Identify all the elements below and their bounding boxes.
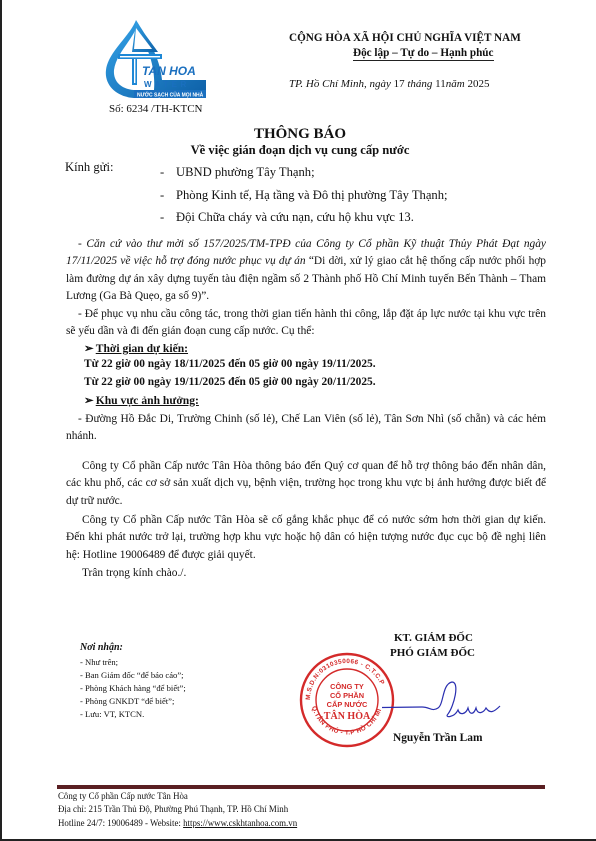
svg-text:CỔ PHẦN: CỔ PHẦN (330, 690, 364, 700)
svg-text:WATER: WATER (144, 80, 190, 89)
national-title: CỘNG HÒA XÃ HỘI CHỦ NGHĨA VIỆT NAM (289, 32, 521, 44)
affected-area-heading: ➢Khu vực ảnh hưởng: (84, 393, 199, 407)
schedule-heading: ➢Thời gian dự kiến: (84, 341, 188, 355)
distribution-label: Nơi nhận: (80, 642, 123, 653)
paragraph-inform: Công ty Cổ phần Cấp nước Tân Hòa thông b… (66, 458, 546, 510)
notice-title: THÔNG BÁO (2, 126, 596, 143)
recipients-label: Kính gửi: (65, 160, 113, 175)
signer-on-behalf: KT. GIÁM ĐỐC (394, 632, 473, 644)
svg-text:CẤP NƯỚC: CẤP NƯỚC (327, 699, 368, 709)
document-number: Số: 6234 /TH-KTCN (109, 103, 203, 115)
arrow-bullet-icon: ➢ (84, 341, 94, 355)
distribution-item: - Phòng Khách hàng “để biết”; (80, 682, 186, 695)
svg-text:NƯỚC SẠCH CỦA MỌI NHÀ: NƯỚC SẠCH CỦA MỌI NHÀ (137, 91, 204, 99)
schedule-item: Từ 22 giờ 00 ngày 18/11/2025 đến 05 giờ … (84, 358, 376, 370)
schedule-item: Từ 22 giờ 00 ngày 19/11/2025 đến 05 giờ … (84, 376, 376, 388)
company-logo: TAN HOA WATER NƯỚC SẠCH CỦA MỌI NHÀ (102, 16, 210, 102)
water-drop-logo-icon: TAN HOA WATER NƯỚC SẠCH CỦA MỌI NHÀ (102, 16, 210, 102)
website-link[interactable]: https://www.cskhtanhoa.com.vn (183, 818, 297, 828)
svg-text:TAN HOA: TAN HOA (142, 64, 196, 78)
document-page: TAN HOA WATER NƯỚC SẠCH CỦA MỌI NHÀ Số: … (0, 0, 596, 841)
footer-divider (57, 785, 545, 789)
distribution-item: - Ban Giám đốc “để báo cáo”; (80, 669, 186, 682)
notice-subject: Về việc gián đoạn dịch vụ cung cấp nước (2, 143, 596, 158)
distribution-item: - Phòng GNKDT “để biết”; (80, 695, 186, 708)
issue-date: TP. Hồ Chí Minh, ngày 17 tháng 11năm 202… (289, 78, 489, 90)
footer-contact: Hotline 24/7: 19006489 - Website: https:… (58, 817, 297, 830)
paragraph-basis: - Căn cứ vào thư mời số 157/2025/TM-TPĐ … (66, 236, 546, 306)
signer-position: PHÓ GIÁM ĐỐC (390, 647, 475, 659)
national-motto: Độc lập – Tự do – Hạnh phúc (353, 47, 494, 61)
footer: Công ty Cổ phần Cấp nước Tân Hòa Địa chỉ… (58, 790, 297, 830)
footer-address: Địa chỉ: 215 Trần Thủ Độ, Phường Phú Thạ… (58, 803, 297, 816)
paragraph-hotline: Công ty Cổ phần Cấp nước Tân Hòa sẽ cố g… (66, 512, 546, 564)
footer-company: Công ty Cổ phần Cấp nước Tân Hòa (58, 790, 297, 803)
affected-area-text: - Đường Hồ Đắc Di, Trường Chinh (số lẻ),… (66, 411, 546, 446)
paragraph-purpose: - Để phục vụ nhu cầu công tác, trong thờ… (66, 306, 546, 341)
svg-text:TÂN HÒA: TÂN HÒA (324, 710, 371, 722)
distribution-item: - Lưu: VT, KTCN. (80, 708, 186, 721)
arrow-bullet-icon: ➢ (84, 393, 94, 407)
signer-name: Nguyễn Trần Lam (393, 732, 482, 744)
distribution-list: - Như trên; - Ban Giám đốc “để báo cáo”;… (80, 656, 186, 721)
closing-greeting: Trân trọng kính chào./. (82, 567, 186, 579)
handwritten-signature-icon (382, 678, 532, 738)
svg-text:CÔNG TY: CÔNG TY (330, 682, 364, 691)
distribution-item: - Như trên; (80, 656, 186, 669)
